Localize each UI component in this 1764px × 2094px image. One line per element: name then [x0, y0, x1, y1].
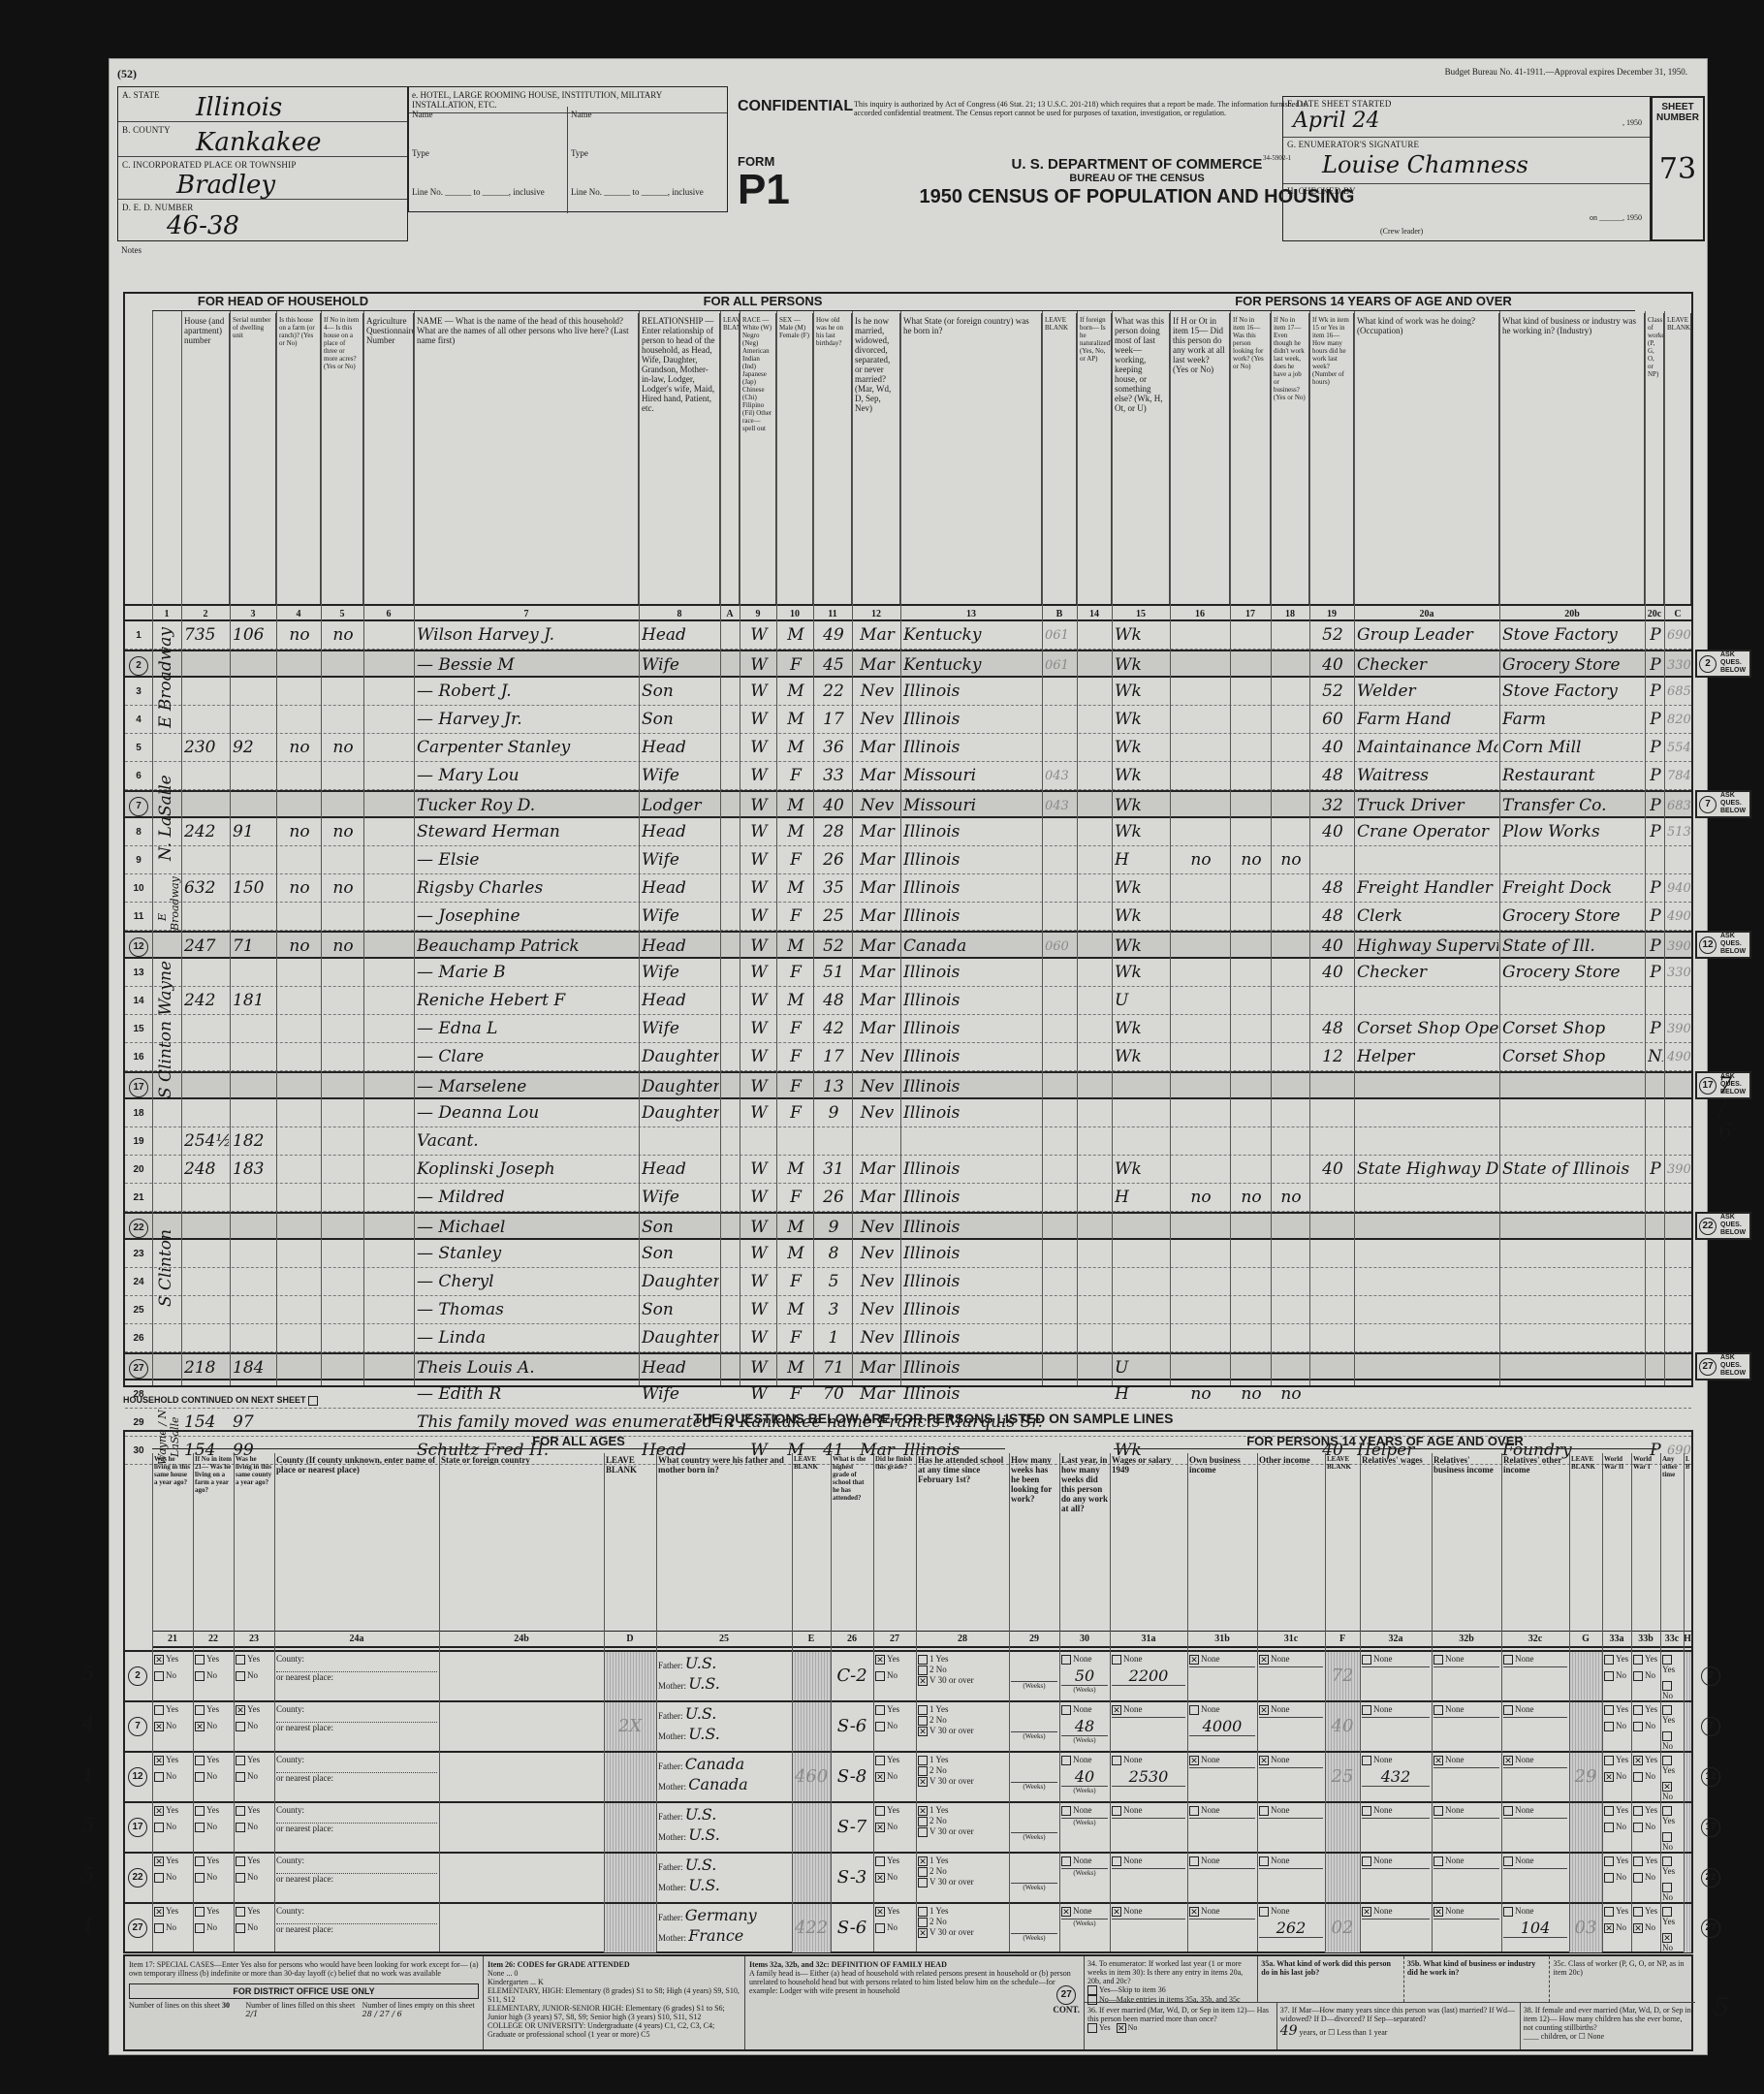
cell-cls[interactable]: P — [1648, 933, 1663, 957]
sample-cell-finish[interactable]: Yes✕No — [873, 1854, 916, 1902]
cell-c15[interactable]: H — [1115, 846, 1169, 873]
cell-mar[interactable]: Mar — [855, 762, 899, 789]
cell-serial[interactable]: 91 — [233, 818, 275, 845]
cell-born[interactable]: Illinois — [903, 1073, 1041, 1097]
cell-occ[interactable]: Waitress — [1357, 762, 1498, 789]
sample-cell-c33c[interactable]: YesNo — [1660, 1652, 1684, 1700]
cell-age[interactable]: 1 — [816, 1324, 851, 1351]
sample-cell-g[interactable] — [1569, 1702, 1602, 1751]
institution-name-1[interactable]: Name — [412, 110, 564, 119]
cell-occ[interactable]: Welder — [1357, 678, 1498, 705]
cell-b[interactable]: 043 — [1045, 762, 1076, 789]
sample-cell-c21[interactable]: ✕YesNo — [152, 1652, 193, 1700]
cell-born[interactable]: Illinois — [903, 903, 1041, 930]
cell-hours[interactable]: 48 — [1312, 903, 1353, 930]
cell-cls[interactable]: P — [1648, 792, 1663, 816]
sample-cell-c32c[interactable]: None — [1501, 1803, 1569, 1852]
cell-c15[interactable]: H — [1115, 1380, 1169, 1408]
checked-by-field[interactable]: h. CHECKED BY on ______, 1950 (Crew lead… — [1283, 184, 1650, 240]
sample-cell-c25[interactable]: Father: U.S.Mother: U.S. — [656, 1803, 792, 1852]
cell-serial[interactable]: 181 — [233, 987, 275, 1014]
cell-rel[interactable]: Wife — [642, 1015, 719, 1042]
cell-rel[interactable]: Wife — [642, 903, 719, 930]
cell-race[interactable]: W — [742, 651, 775, 676]
cell-c15[interactable]: Wk — [1115, 1015, 1169, 1042]
cell-occ[interactable]: Maintainance Man — [1357, 734, 1498, 761]
cell-ind[interactable]: State of Illinois — [1502, 1156, 1644, 1183]
sample-cell-attend[interactable]: 1 Yes2 No✕V 30 or over — [916, 1904, 1009, 1952]
sample-cell-finish[interactable]: ✕YesNo — [873, 1652, 916, 1700]
sample-cell-c33c[interactable]: YesNo — [1660, 1854, 1684, 1902]
cell-sex[interactable]: M — [779, 621, 812, 649]
cell-b[interactable]: 060 — [1045, 933, 1076, 957]
cell-name[interactable]: — Josephine — [417, 903, 638, 930]
cell-name[interactable]: — Edith R — [417, 1380, 638, 1408]
cell-cls[interactable]: P — [1648, 1015, 1663, 1042]
cell-code[interactable]: 330 636 1 — [1667, 651, 1690, 676]
sample-cell-c25[interactable]: Father: GermanyMother: France — [656, 1904, 792, 1952]
cell-ind[interactable]: Stove Factory — [1502, 678, 1644, 705]
sample-cell-h[interactable] — [1684, 1854, 1691, 1902]
sample-cell-weeks_look[interactable]: (Weeks) — [1009, 1854, 1059, 1902]
cell-age[interactable]: 45 — [816, 651, 851, 676]
cell-sex[interactable]: M — [779, 933, 812, 957]
cell-house[interactable]: 735 — [184, 621, 229, 649]
cell-age[interactable]: 35 — [816, 874, 851, 902]
sample-cell-c21[interactable]: ✕YesNo — [152, 1753, 193, 1801]
sample-cell-c32a[interactable]: ✕None — [1360, 1904, 1432, 1952]
cell-age[interactable]: 52 — [816, 933, 851, 957]
sample-cell-c31c[interactable]: None — [1257, 1854, 1325, 1902]
sample-cell-g[interactable] — [1569, 1652, 1602, 1700]
cell-born[interactable]: Canada — [903, 933, 1041, 957]
sample-cell-c32b[interactable]: None — [1432, 1702, 1501, 1751]
cell-hours[interactable]: 48 — [1312, 874, 1353, 902]
sample-cell-weeks_look[interactable]: (Weeks) — [1009, 1803, 1059, 1852]
cell-mar[interactable]: Mar — [855, 1380, 899, 1408]
cell-code[interactable]: 513 356 1 — [1667, 818, 1690, 845]
cell-cls[interactable]: NP — [1648, 1043, 1663, 1070]
sample-cell-c33b[interactable]: Yes✕No — [1631, 1904, 1660, 1952]
sample-cell-f[interactable]: 02 — [1325, 1904, 1360, 1952]
cell-code[interactable]: 683 526 1 — [1667, 792, 1690, 816]
cell-hours[interactable]: 40 — [1312, 933, 1353, 957]
cell-c15[interactable]: Wk — [1115, 1156, 1169, 1183]
cell-age[interactable]: 33 — [816, 762, 851, 789]
cell-rel[interactable]: Son — [642, 706, 719, 733]
cell-mar[interactable]: Mar — [855, 903, 899, 930]
cell-mar[interactable]: Nev — [855, 1296, 899, 1323]
sample-cell-weeks_look[interactable]: (Weeks) — [1009, 1904, 1059, 1952]
sample-cell-c24b[interactable] — [439, 1753, 604, 1801]
cell-mar[interactable]: Nev — [855, 1099, 899, 1126]
sample-cell-c31a[interactable]: ✕None — [1110, 1702, 1187, 1751]
cell-born[interactable]: Illinois — [903, 1296, 1041, 1323]
cell-race[interactable]: W — [742, 1043, 775, 1070]
cell-rel[interactable]: Son — [642, 1296, 719, 1323]
cell-age[interactable]: 9 — [816, 1099, 851, 1126]
cell-mar[interactable]: Mar — [855, 1354, 899, 1379]
sample-cell-h[interactable] — [1684, 1652, 1691, 1700]
cell-race[interactable]: W — [742, 1073, 775, 1097]
sample-cell-f[interactable]: 25 — [1325, 1753, 1360, 1801]
cell-name[interactable]: Wilson Harvey J. — [417, 621, 638, 649]
cell-c15[interactable]: Wk — [1115, 903, 1169, 930]
sample-cell-c32b[interactable]: None — [1432, 1854, 1501, 1902]
sample-cell-c24a[interactable]: County:or nearest place: — [274, 1854, 439, 1902]
sample-cell-c24a[interactable]: County:or nearest place: — [274, 1652, 439, 1700]
cell-serial[interactable]: 182 — [233, 1127, 275, 1155]
sample-cell-c25[interactable]: Father: U.S.Mother: U.S. — [656, 1652, 792, 1700]
cell-age[interactable]: 51 — [816, 959, 851, 986]
cell-occ[interactable]: Truck Driver — [1357, 792, 1498, 816]
cell-sex[interactable]: M — [779, 987, 812, 1014]
cell-rel[interactable]: Head — [642, 734, 719, 761]
cell-code[interactable]: 784 679 1 — [1667, 762, 1690, 789]
sample-cell-f[interactable]: 40 — [1325, 1702, 1360, 1751]
sample-cell-c33b[interactable]: YesNo — [1631, 1702, 1660, 1751]
cell-name[interactable]: Tucker Roy D. — [417, 792, 638, 816]
cell-ind[interactable]: Stove Factory — [1502, 621, 1644, 649]
cell-rel[interactable]: Head — [642, 1354, 719, 1379]
date-started-field[interactable]: f. DATE SHEET STARTED April 24 , 1950 — [1283, 97, 1650, 138]
cell-c15[interactable]: Wk — [1115, 651, 1169, 676]
sample-cell-d[interactable] — [604, 1904, 656, 1952]
cell-age[interactable]: 17 — [816, 1043, 851, 1070]
cell-c15[interactable]: Wk — [1115, 959, 1169, 986]
sample-cell-c33a[interactable]: YesNo — [1602, 1652, 1631, 1700]
cell-c15[interactable]: Wk — [1115, 762, 1169, 789]
sample-cell-weeks_work[interactable]: None40(Weeks) — [1059, 1753, 1110, 1801]
cell-name[interactable]: — Deanna Lou — [417, 1099, 638, 1126]
cell-ind[interactable]: Farm — [1502, 706, 1644, 733]
sample-cell-c31a[interactable]: None — [1110, 1854, 1187, 1902]
cell-age[interactable]: 13 — [816, 1073, 851, 1097]
sample-cell-c23[interactable]: YesNo — [234, 1753, 274, 1801]
sample-cell-c33a[interactable]: YesNo — [1602, 1702, 1631, 1751]
sample-cell-c24b[interactable] — [439, 1702, 604, 1751]
cell-name[interactable]: — Edna L — [417, 1015, 638, 1042]
sample-cell-c23[interactable]: YesNo — [234, 1803, 274, 1852]
cell-age[interactable]: 26 — [816, 846, 851, 873]
cell-race[interactable]: W — [742, 874, 775, 902]
sample-cell-h[interactable] — [1684, 1702, 1691, 1751]
cell-name[interactable]: Vacant. — [417, 1127, 638, 1155]
state-field[interactable]: a. STATE Illinois — [118, 87, 407, 122]
sample-cell-finish[interactable]: ✕YesNo — [873, 1904, 916, 1952]
sample-cell-c33c[interactable]: YesNo — [1660, 1702, 1684, 1751]
cell-cls[interactable]: P — [1648, 651, 1663, 676]
cell-sex[interactable]: F — [779, 959, 812, 986]
cell-b[interactable]: 061 — [1045, 651, 1076, 676]
cell-race[interactable]: W — [742, 1240, 775, 1267]
place-field[interactable]: c. INCORPORATED PLACE OR TOWNSHIP Bradle… — [118, 157, 407, 200]
cell-serial[interactable]: 183 — [233, 1156, 275, 1183]
cell-age[interactable]: 42 — [816, 1015, 851, 1042]
cell-occ[interactable]: Corset Shop Operator — [1357, 1015, 1498, 1042]
cell-sex[interactable]: F — [779, 1324, 812, 1351]
sample-cell-c25[interactable]: Father: U.S.Mother: U.S. — [656, 1854, 792, 1902]
cell-name[interactable]: — Mary Lou — [417, 762, 638, 789]
cell-cls[interactable]: P — [1648, 621, 1663, 649]
cell-acres[interactable]: no — [324, 874, 362, 902]
sample-cell-c23[interactable]: YesNo — [234, 1854, 274, 1902]
sample-cell-c23[interactable]: ✕YesNo — [234, 1702, 274, 1751]
sample-cell-c32c[interactable]: None — [1501, 1854, 1569, 1902]
sample-cell-c33a[interactable]: YesNo — [1602, 1803, 1631, 1852]
cell-race[interactable]: W — [742, 933, 775, 957]
cell-rel[interactable]: Daughter — [642, 1268, 719, 1295]
cell-rel[interactable]: Son — [642, 1214, 719, 1238]
q36-yes-checkbox[interactable] — [1087, 2023, 1097, 2033]
cell-mar[interactable]: Mar — [855, 1184, 899, 1211]
cell-rel[interactable]: Daughter — [642, 1099, 719, 1126]
cell-born[interactable]: Illinois — [903, 1380, 1041, 1408]
cell-name[interactable]: Theis Louis A. — [417, 1354, 638, 1379]
sample-cell-e[interactable]: 422 — [792, 1904, 831, 1952]
cell-c15[interactable]: Wk — [1115, 678, 1169, 705]
sample-cell-weeks_look[interactable]: (Weeks) — [1009, 1702, 1059, 1751]
sample-cell-e[interactable] — [792, 1702, 831, 1751]
sample-cell-attend[interactable]: 1 Yes2 No✕V 30 or over — [916, 1753, 1009, 1801]
cell-rel[interactable]: Head — [642, 818, 719, 845]
cell-c15[interactable]: Wk — [1115, 706, 1169, 733]
sample-cell-g[interactable] — [1569, 1854, 1602, 1902]
sample-cell-grade[interactable]: S-8 — [831, 1753, 873, 1801]
cell-cls[interactable]: P — [1648, 903, 1663, 930]
cell-c16[interactable]: no — [1173, 846, 1229, 873]
cell-sex[interactable]: M — [779, 1214, 812, 1238]
cell-code[interactable]: 490 636 1 — [1667, 903, 1690, 930]
cell-rel[interactable]: Head — [642, 987, 719, 1014]
cell-serial[interactable]: 71 — [233, 933, 275, 957]
cell-cls[interactable]: P — [1648, 874, 1663, 902]
cell-c18[interactable]: no — [1274, 846, 1308, 873]
cell-code[interactable]: 940 546 1 — [1667, 874, 1690, 902]
cell-code[interactable]: 390 246 2 — [1667, 1156, 1690, 1183]
cell-born[interactable]: Illinois — [903, 1043, 1041, 1070]
cell-serial[interactable]: 184 — [233, 1354, 275, 1379]
sample-cell-c21[interactable]: ✕YesNo — [152, 1803, 193, 1852]
q36-no-checkbox[interactable]: ✕ — [1117, 2023, 1126, 2033]
cell-born[interactable]: Illinois — [903, 1156, 1041, 1183]
cell-house[interactable]: 632 — [184, 874, 229, 902]
cell-serial[interactable]: 92 — [233, 734, 275, 761]
sample-cell-finish[interactable]: Yes✕No — [873, 1753, 916, 1801]
cell-sex[interactable]: F — [779, 762, 812, 789]
cell-c15[interactable]: Wk — [1115, 792, 1169, 816]
sample-cell-grade[interactable]: C-2 — [831, 1652, 873, 1700]
sample-cell-d[interactable]: 2X — [604, 1702, 656, 1751]
sample-cell-c33b[interactable]: YesNo — [1631, 1652, 1660, 1700]
cell-race[interactable]: W — [742, 762, 775, 789]
sample-cell-c31b[interactable]: ✕None — [1187, 1652, 1257, 1700]
cell-c17[interactable]: no — [1233, 1184, 1270, 1211]
cell-c15[interactable]: Wk — [1115, 621, 1169, 649]
cell-code[interactable]: 554 409 1 — [1667, 734, 1690, 761]
cell-ind[interactable]: Grocery Store — [1502, 903, 1644, 930]
sample-cell-c24b[interactable] — [439, 1854, 604, 1902]
cell-race[interactable]: W — [742, 846, 775, 873]
sample-cell-d[interactable] — [604, 1753, 656, 1801]
cell-farm[interactable]: no — [279, 734, 320, 761]
cell-occ[interactable]: Group Leader — [1357, 621, 1498, 649]
sample-cell-c22[interactable]: Yes✕No — [193, 1702, 234, 1751]
cell-ind[interactable]: Plow Works — [1502, 818, 1644, 845]
cell-born[interactable]: Illinois — [903, 1015, 1041, 1042]
cell-mar[interactable]: Mar — [855, 933, 899, 957]
cell-occ[interactable]: Freight Handler — [1357, 874, 1498, 902]
sample-cell-c33c[interactable]: Yes✕No — [1660, 1753, 1684, 1801]
cell-sex[interactable]: F — [779, 1073, 812, 1097]
cell-sex[interactable]: F — [779, 1043, 812, 1070]
cell-race[interactable]: W — [742, 1268, 775, 1295]
sample-cell-c32b[interactable]: ✕None — [1432, 1904, 1501, 1952]
cell-mar[interactable]: Nev — [855, 1268, 899, 1295]
cell-house[interactable]: 218 — [184, 1354, 229, 1379]
sample-cell-c33c[interactable]: YesNo — [1660, 1803, 1684, 1852]
cell-age[interactable]: 70 — [816, 1380, 851, 1408]
cell-hours[interactable]: 40 — [1312, 1156, 1353, 1183]
cell-race[interactable]: W — [742, 792, 775, 816]
cell-c15[interactable]: U — [1115, 987, 1169, 1014]
cell-rel[interactable]: Wife — [642, 1380, 719, 1408]
sample-cell-c22[interactable]: YesNo — [193, 1803, 234, 1852]
cell-mar[interactable]: Mar — [855, 621, 899, 649]
sample-cell-c33b[interactable]: ✕YesNo — [1631, 1753, 1660, 1801]
sample-cell-c23[interactable]: YesNo — [234, 1904, 274, 1952]
cell-c15[interactable]: Wk — [1115, 1043, 1169, 1070]
cell-acres[interactable]: no — [324, 818, 362, 845]
cell-cls[interactable]: P — [1648, 818, 1663, 845]
cell-hours[interactable]: 40 — [1312, 818, 1353, 845]
cell-mar[interactable]: Nev — [855, 1240, 899, 1267]
sample-cell-c32a[interactable]: None — [1360, 1803, 1432, 1852]
cell-rel[interactable]: Head — [642, 1156, 719, 1183]
cell-born[interactable]: Illinois — [903, 1324, 1041, 1351]
sample-cell-c32c[interactable]: None104 — [1501, 1904, 1569, 1952]
sample-cell-finish[interactable]: Yes✕No — [873, 1803, 916, 1852]
sample-cell-c31b[interactable]: None — [1187, 1854, 1257, 1902]
cell-born[interactable]: Missouri — [903, 762, 1041, 789]
cell-c15[interactable]: Wk — [1115, 874, 1169, 902]
cell-born[interactable]: Illinois — [903, 734, 1041, 761]
sample-cell-c31b[interactable]: None4000 — [1187, 1702, 1257, 1751]
cell-name[interactable]: — Michael — [417, 1214, 638, 1238]
cell-hours[interactable]: 40 — [1312, 651, 1353, 676]
sample-cell-grade[interactable]: S-6 — [831, 1904, 873, 1952]
sample-cell-c32b[interactable]: ✕None — [1432, 1753, 1501, 1801]
sample-cell-grade[interactable]: S-3 — [831, 1854, 873, 1902]
cell-age[interactable]: 36 — [816, 734, 851, 761]
cell-mar[interactable]: Nev — [855, 1214, 899, 1238]
cell-mar[interactable]: Mar — [855, 846, 899, 873]
sample-cell-weeks_work[interactable]: None48(Weeks) — [1059, 1702, 1110, 1751]
sample-cell-f[interactable]: 72 — [1325, 1652, 1360, 1700]
cell-rel[interactable]: Wife — [642, 651, 719, 676]
cell-c18[interactable]: no — [1274, 1184, 1308, 1211]
sample-cell-c32a[interactable]: None — [1360, 1652, 1432, 1700]
cell-occ[interactable]: Checker — [1357, 959, 1498, 986]
cell-rel[interactable]: Daughter — [642, 1043, 719, 1070]
cell-occ[interactable]: Crane Operator — [1357, 818, 1498, 845]
cell-sex[interactable]: F — [779, 1268, 812, 1295]
cell-rel[interactable]: Son — [642, 678, 719, 705]
cell-c15[interactable]: Wk — [1115, 818, 1169, 845]
cell-age[interactable]: 26 — [816, 1184, 851, 1211]
cell-name[interactable]: — Robert J. — [417, 678, 638, 705]
cell-sex[interactable]: F — [779, 1184, 812, 1211]
cell-ind[interactable]: Corset Shop — [1502, 1015, 1644, 1042]
sample-cell-attend[interactable]: 1 Yes2 No✕V 30 or over — [916, 1702, 1009, 1751]
cell-race[interactable]: W — [742, 818, 775, 845]
cell-code[interactable]: 490 656 4 — [1667, 1043, 1690, 1070]
cell-c15[interactable]: Wk — [1115, 933, 1169, 957]
cell-born[interactable]: Illinois — [903, 1099, 1041, 1126]
sample-cell-h[interactable] — [1684, 1753, 1691, 1801]
sample-cell-c31a[interactable]: None2530 — [1110, 1753, 1187, 1801]
sample-cell-c25[interactable]: Father: U.S.Mother: U.S. — [656, 1702, 792, 1751]
cell-sex[interactable]: F — [779, 1099, 812, 1126]
cell-sex[interactable]: F — [779, 903, 812, 930]
cell-acres[interactable]: no — [324, 933, 362, 957]
institution-name-2[interactable]: Name — [571, 110, 724, 119]
cell-age[interactable]: 40 — [816, 792, 851, 816]
cell-name[interactable]: — Linda — [417, 1324, 638, 1351]
cell-cls[interactable]: P — [1648, 762, 1663, 789]
cell-age[interactable]: 25 — [816, 903, 851, 930]
cell-ind[interactable]: Corset Shop — [1502, 1043, 1644, 1070]
cell-rel[interactable]: Son — [642, 1240, 719, 1267]
cell-ind[interactable]: Restaurant — [1502, 762, 1644, 789]
cell-c15[interactable]: H — [1115, 1184, 1169, 1211]
cell-race[interactable]: W — [742, 1380, 775, 1408]
sample-cell-c21[interactable]: ✕YesNo — [152, 1904, 193, 1952]
sample-cell-e[interactable] — [792, 1803, 831, 1852]
cell-age[interactable]: 9 — [816, 1214, 851, 1238]
sample-cell-g[interactable] — [1569, 1803, 1602, 1852]
cell-sex[interactable]: M — [779, 1156, 812, 1183]
cell-age[interactable]: 8 — [816, 1240, 851, 1267]
cell-sex[interactable]: M — [779, 1240, 812, 1267]
sample-cell-c22[interactable]: YesNo — [193, 1904, 234, 1952]
institution-type-2[interactable]: Type — [571, 148, 724, 158]
sample-cell-e[interactable]: 460 — [792, 1753, 831, 1801]
cell-born[interactable]: Illinois — [903, 1240, 1041, 1267]
sample-cell-c31b[interactable]: ✕None — [1187, 1753, 1257, 1801]
cell-born[interactable]: Illinois — [903, 1214, 1041, 1238]
cell-sex[interactable]: M — [779, 1354, 812, 1379]
sample-cell-d[interactable] — [604, 1652, 656, 1700]
cell-sex[interactable]: F — [779, 1015, 812, 1042]
cell-race[interactable]: W — [742, 987, 775, 1014]
cell-born[interactable]: Kentucky — [903, 621, 1041, 649]
cell-mar[interactable]: Mar — [855, 1015, 899, 1042]
cell-race[interactable]: W — [742, 1156, 775, 1183]
cell-hours[interactable]: 52 — [1312, 621, 1353, 649]
cell-rel[interactable]: Wife — [642, 959, 719, 986]
cell-age[interactable]: 3 — [816, 1296, 851, 1323]
cell-ind[interactable]: Grocery Store — [1502, 959, 1644, 986]
cell-born[interactable]: Illinois — [903, 706, 1041, 733]
cell-born[interactable]: Illinois — [903, 678, 1041, 705]
cell-mar[interactable]: Mar — [855, 1156, 899, 1183]
cell-age[interactable]: 22 — [816, 678, 851, 705]
cell-code[interactable]: 820 105 1 — [1667, 706, 1690, 733]
cell-farm[interactable]: no — [279, 818, 320, 845]
cell-rel[interactable]: Head — [642, 933, 719, 957]
sample-cell-c22[interactable]: YesNo — [193, 1753, 234, 1801]
